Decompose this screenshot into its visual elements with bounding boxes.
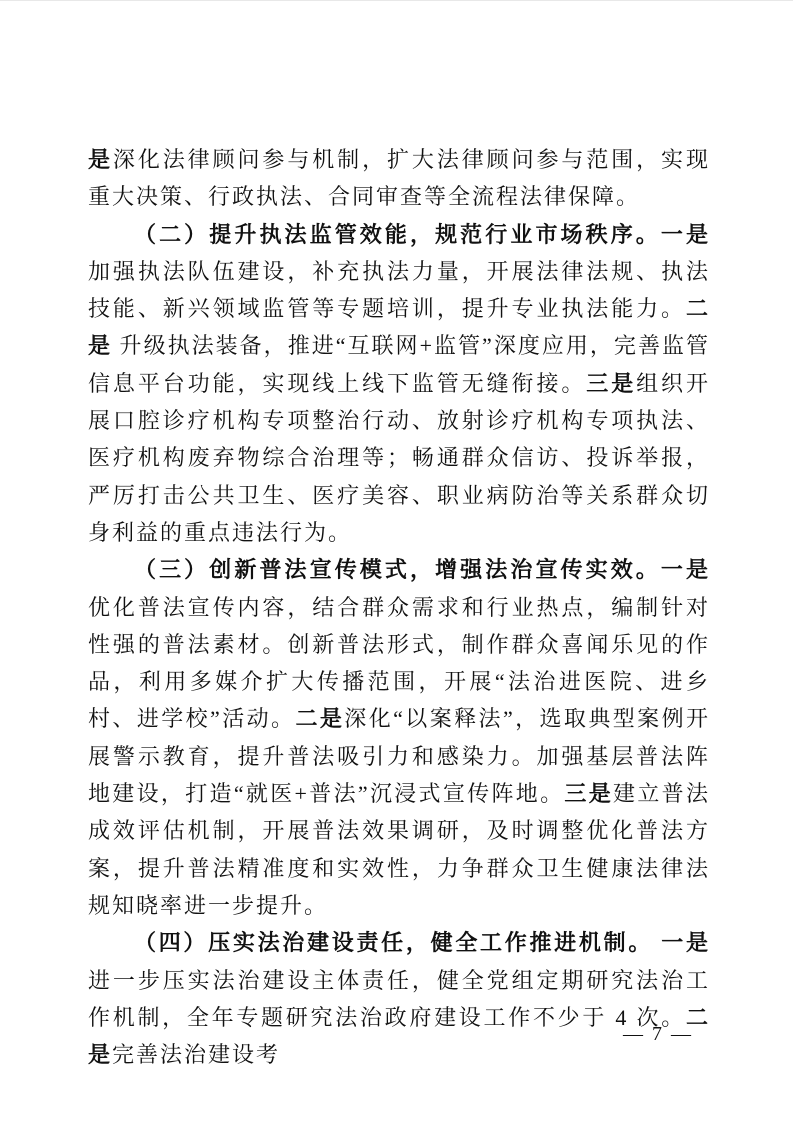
paragraph: （二）提升执法监管效能，规范行业市场秩序。一是加强执法队伍建设，补充执法力量，开… <box>88 216 710 552</box>
bold-text-run: 二是 <box>295 706 344 731</box>
bold-text-run: 三是 <box>564 781 613 806</box>
document-page: 是深化法律顾问参与机制，扩大法律顾问参与范围，实现重大决策、行政执法、合同审查等… <box>0 0 793 1122</box>
text-run: 进一步压实法治建设主体责任，健全党组定期研究法治工作机制，全年专题研究法治政府建… <box>88 968 710 1030</box>
page-number: — 7 — <box>623 1023 693 1046</box>
bold-text-run: 三是 <box>586 371 636 396</box>
bold-text-run: 是 <box>88 147 113 172</box>
bold-text-run: （二）提升执法监管效能，规范行业市场秩序。一是 <box>134 222 710 247</box>
text-run: 加强执法队伍建设，补充执法力量，开展法律法规、执法技能、新兴领域监管等专题培训，… <box>88 259 710 321</box>
text-run: 完善法治建设考 <box>112 1042 280 1067</box>
bold-text-run: （三）创新普法宣传模式，增强法治宣传实效。一是 <box>134 557 710 582</box>
text-run: 深化法律顾问参与机制，扩大法律顾问参与范围，实现重大决策、行政执法、合同审查等全… <box>88 147 710 209</box>
text-run: 组织开展口腔诊疗机构专项整治行动、放射诊疗机构专项执法、医疗机构废弃物综合治理等… <box>88 371 710 545</box>
bold-text-run: （四）压实法治建设责任，健全工作推进机制。 一是 <box>134 930 710 955</box>
paragraph: （三）创新普法宣传模式，增强法治宣传实效。一是优化普法宣传内容，结合群众需求和行… <box>88 551 710 924</box>
document-body: 是深化法律顾问参与机制，扩大法律顾问参与范围，实现重大决策、行政执法、合同审查等… <box>88 141 710 1073</box>
paragraph: 是深化法律顾问参与机制，扩大法律顾问参与范围，实现重大决策、行政执法、合同审查等… <box>88 141 710 216</box>
paragraph: （四）压实法治建设责任，健全工作推进机制。 一是进一步压实法治建设主体责任，健全… <box>88 924 710 1073</box>
